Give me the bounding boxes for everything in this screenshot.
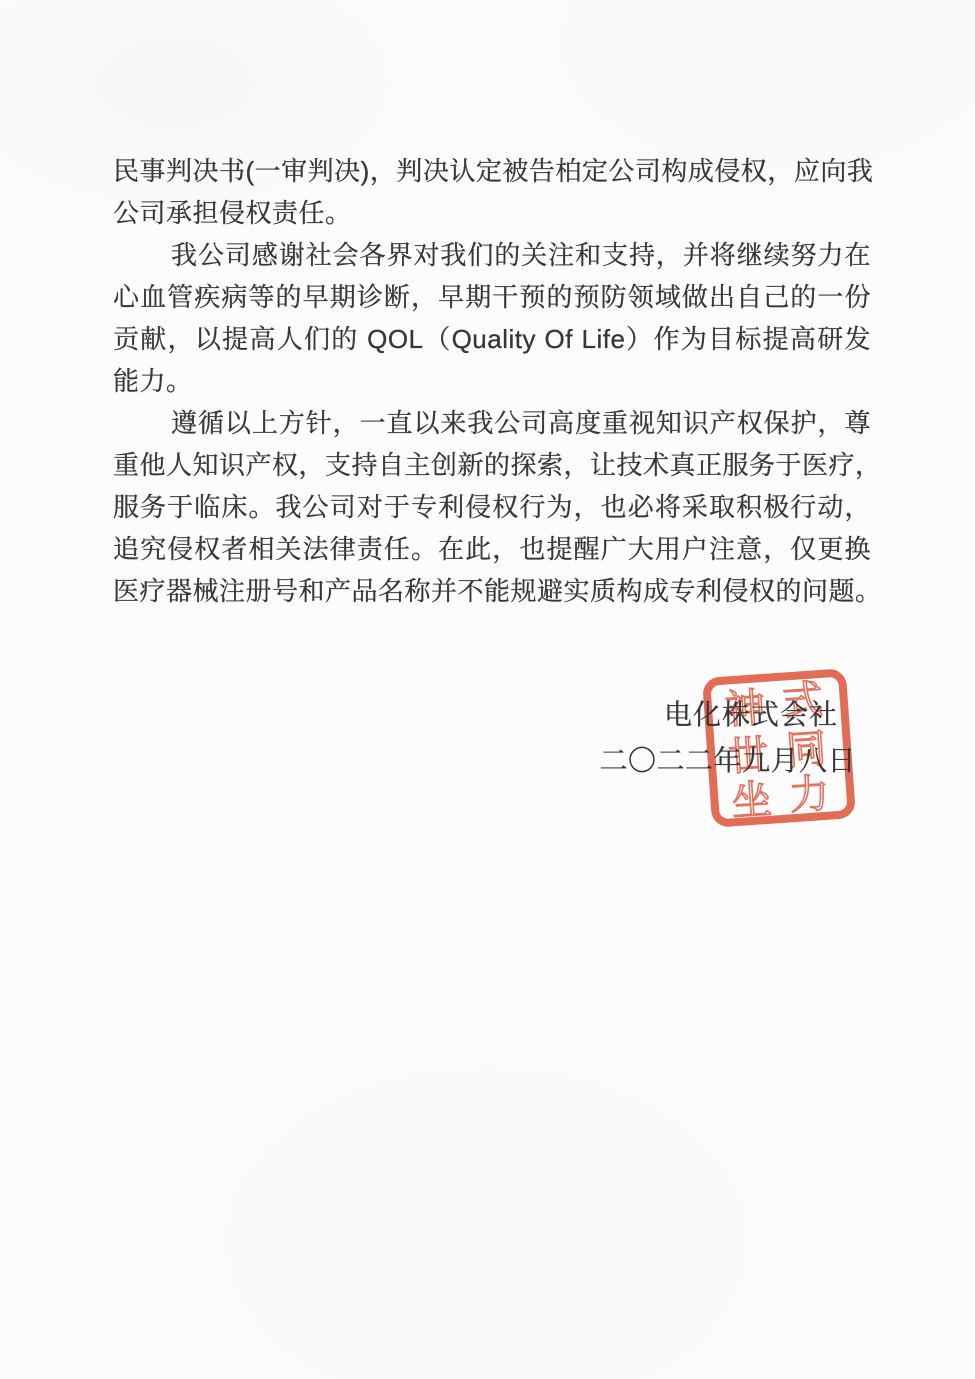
body-line: 能力。 <box>113 360 871 402</box>
seal-glyph: 丗 <box>727 732 770 780</box>
seal-glyph: 坐 <box>730 777 773 825</box>
body-line: 遵循以上方针，一直以来我公司高度重视知识产权保护，尊 <box>113 402 871 444</box>
body-line: 医疗器械注册号和产品名称并不能规避实质构成专利侵权的问题。 <box>113 570 871 612</box>
body-line: 贡献，以提高人们的 QOL（Quality Of Life）作为目标提高研发 <box>113 318 871 360</box>
document-page: 民事判决书(一审判决)，判决认定被告柏定公司构成侵权，应向我 公司承担侵权责任。… <box>0 0 975 1379</box>
body-line: 公司承担侵权责任。 <box>113 192 871 234</box>
seal-glyph: 力 <box>788 771 831 819</box>
seal-glyph: 式 <box>781 677 824 725</box>
seal-glyph: 同 <box>785 726 828 774</box>
body-line: 民事判决书(一审判决)，判决认定被告柏定公司构成侵权，应向我 <box>113 150 871 192</box>
body-line: 服务于临床。我公司对于专利侵权行为，也必将采取积极行动， <box>113 486 871 528</box>
body-text: 民事判决书(一审判决)，判决认定被告柏定公司构成侵权，应向我 公司承担侵权责任。… <box>113 150 871 612</box>
company-seal-stamp-icon: 神 式 丗 同 坐 力 <box>701 667 857 829</box>
body-line: 我公司感谢社会各界对我们的关注和支持，并将继续努力在 <box>113 234 871 276</box>
body-line: 心血管疾病等的早期诊断，早期干预的预防领域做出自己的一份 <box>113 276 871 318</box>
body-line: 追究侵权者相关法律责任。在此，也提醒广大用户注意，仅更换 <box>113 528 871 570</box>
seal-glyph: 神 <box>724 685 767 733</box>
body-line: 重他人知识产权，支持自主创新的探索，让技术真正服务于医疗， <box>113 444 871 486</box>
